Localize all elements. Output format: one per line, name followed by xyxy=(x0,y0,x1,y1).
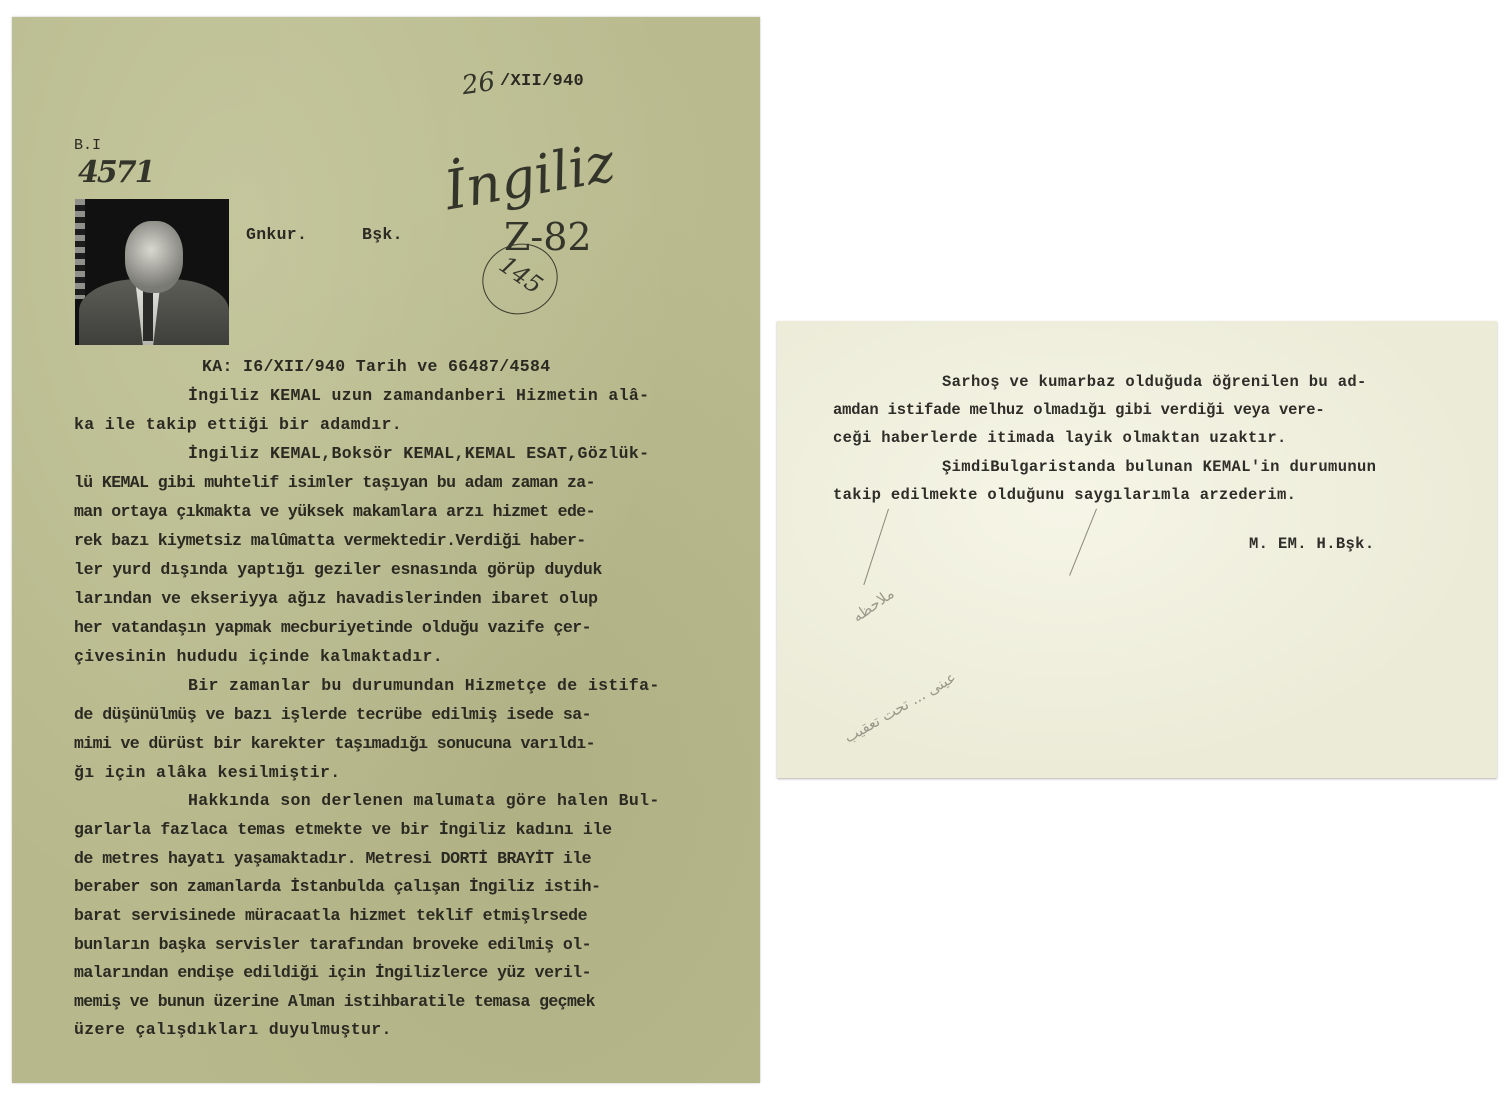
body-line: de metres hayatı yaşamaktadır. Metresi D… xyxy=(74,849,591,868)
left-document-page: 26 /XII/940 B.I 4571 Gnkur. Bşk. İngiliz… xyxy=(12,17,760,1083)
body-line: bunların başka servisler tarafından brov… xyxy=(74,935,591,954)
body-line: ceği haberlerde itimada layik olmaktan u… xyxy=(833,429,1287,447)
body-line: takip edilmekte olduğunu saygılarımla ar… xyxy=(833,486,1296,504)
body-line: rek bazı kiymetsiz malûmatta vermektedir… xyxy=(74,531,586,550)
body-line: İngiliz KEMAL,Boksör KEMAL,KEMAL ESAT,Gö… xyxy=(188,444,649,463)
body-line: Bir zamanlar bu durumundan Hizmetçe de i… xyxy=(188,676,660,695)
body-line: beraber son zamanlarda İstanbulda çalışa… xyxy=(74,877,601,896)
body-line: çivesinin hududu içinde kalmaktadır. xyxy=(74,647,443,666)
handwritten-file-number: 4571 xyxy=(78,155,154,190)
body-line: lü KEMAL gibi muhtelif isimler taşıyan b… xyxy=(74,473,595,492)
file-code: B.I xyxy=(74,137,101,154)
body-line: ğı için alâka kesilmiştir. xyxy=(74,763,341,782)
body-line: larından ve ekseriyya ağız havadislerind… xyxy=(74,589,598,608)
body-line: garlarla fazlaca temas etmekte ve bir İn… xyxy=(74,820,612,839)
body-line: İngiliz KEMAL uzun zamandanberi Hizmetin… xyxy=(188,386,649,405)
right-document-page: Sarhoş ve kumarbaz olduğuda öğrenilen bu… xyxy=(777,321,1497,778)
body-line: ka ile takip ettiği bir adamdır. xyxy=(74,415,402,434)
handwritten-date-day: 26 xyxy=(460,67,497,101)
body-line: her vatandaşın yapmak mecburiyetinde old… xyxy=(74,618,591,637)
body-line: malarından endişe edildiği için İngilizl… xyxy=(74,963,591,982)
body-line: mimi ve dürüst bir karekter taşımadığı s… xyxy=(74,734,595,753)
pencil-stroke xyxy=(863,509,889,585)
pencil-annotation: عینی ... تحت تعقیب xyxy=(841,668,959,747)
reference-line: KA: I6/XII/940 Tarih ve 66487/4584 xyxy=(202,357,551,376)
handwritten-note-ingiliz: İngiliz xyxy=(440,131,619,223)
addressee-suffix: Bşk. xyxy=(362,225,403,244)
body-line: üzere çalışdıkları duyulmuştur. xyxy=(74,1020,392,1039)
pencil-stroke xyxy=(1069,509,1097,576)
body-line: ler yurd dışında yaptığı geziler esnasın… xyxy=(74,560,602,579)
body-line: Sarhoş ve kumarbaz olduğuda öğrenilen bu… xyxy=(942,373,1367,391)
typed-date: /XII/940 xyxy=(500,72,584,91)
addressee: Gnkur. xyxy=(246,225,307,244)
body-line: de düşünülmüş ve bazı işlerde tecrübe ed… xyxy=(74,705,591,724)
body-line: ŞimdiBulgaristanda bulunan KEMAL'in duru… xyxy=(942,458,1376,476)
signature: M. EM. H.Bşk. xyxy=(1249,535,1374,553)
body-line: Hakkında son derlenen malumata göre hale… xyxy=(188,791,660,810)
body-line: memiş ve bunun üzerine Alman istihbarati… xyxy=(74,992,595,1011)
body-line: man ortaya çıkmakta ve yüksek makamlara … xyxy=(74,502,595,521)
body-line: barat servisinede müracaatla hizmet tekl… xyxy=(74,906,587,925)
pencil-annotation: ملاحظه xyxy=(849,584,898,625)
body-line: amdan istifade melhuz olmadığı gibi verd… xyxy=(833,401,1324,419)
portrait-photo xyxy=(75,199,229,345)
